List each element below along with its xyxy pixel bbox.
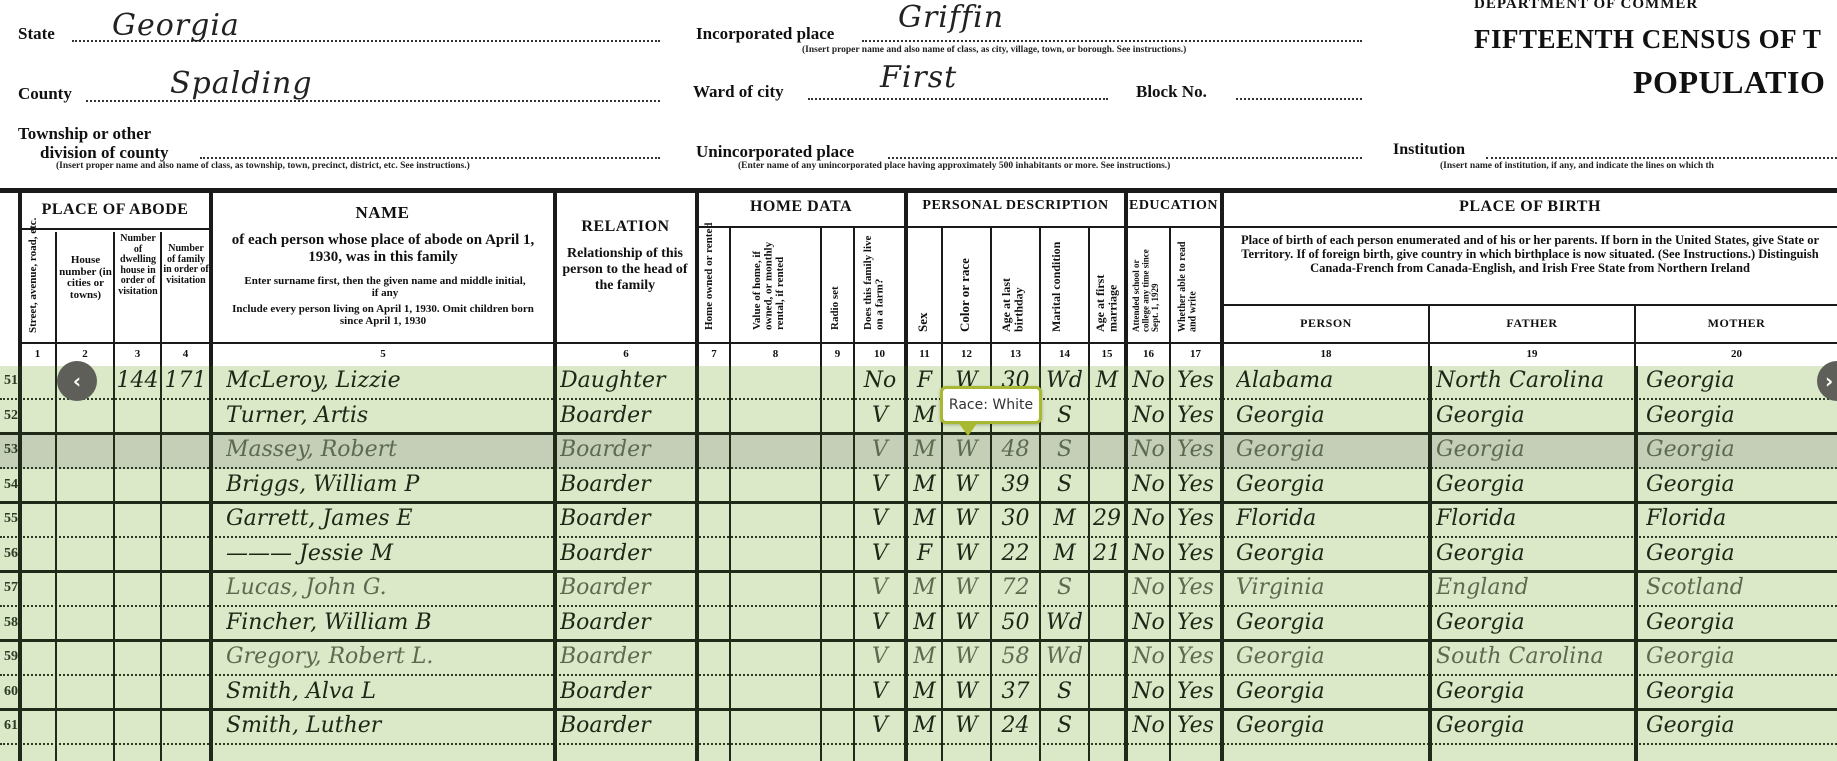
census-record-row[interactable]: 55Garrett, James EBoarderVMW30M29NoYesFl… [0, 504, 1837, 538]
col-8-header: Value of home, if owned, or monthly rent… [752, 232, 800, 330]
col-number: 16 [1128, 348, 1169, 360]
cell-birth-father[interactable]: Florida [1436, 506, 1632, 531]
cell-farm[interactable]: V [857, 713, 903, 738]
col-2-header: House number (in cities or towns) [58, 255, 113, 301]
cell-race[interactable]: W [943, 713, 990, 738]
divider [18, 366, 22, 761]
col-19-header: FATHER [1430, 316, 1634, 331]
divider [695, 190, 699, 366]
cell-marital[interactable]: Wd [1041, 368, 1088, 393]
cell-relation[interactable]: Boarder [560, 541, 694, 566]
col-number: 4 [162, 348, 209, 360]
line-number: 56 [0, 546, 18, 562]
divider [1220, 366, 1224, 761]
col-number: 12 [943, 348, 990, 360]
block-line [1236, 98, 1362, 100]
divider [1220, 190, 1224, 366]
divider [990, 366, 992, 761]
divider [904, 366, 908, 761]
cell-birth-father[interactable]: Georgia [1436, 679, 1632, 704]
cell-birth-person[interactable]: Georgia [1236, 610, 1426, 635]
cell-marital[interactable]: S [1041, 403, 1088, 428]
cell-birth-mother[interactable]: Georgia [1646, 610, 1836, 635]
ward-label: Ward of city [693, 82, 784, 102]
cell-school[interactable]: No [1128, 713, 1169, 738]
cell-age[interactable]: 22 [992, 541, 1039, 566]
col-number: 13 [992, 348, 1039, 360]
cell-sex[interactable]: F [908, 368, 941, 393]
cell-marital[interactable]: M [1041, 506, 1088, 531]
col-number: 9 [822, 348, 853, 360]
cell-school[interactable]: No [1128, 403, 1169, 428]
cell-birth-father[interactable]: Georgia [1436, 713, 1632, 738]
divider [160, 366, 162, 761]
cell-birth-mother[interactable]: Georgia [1646, 644, 1836, 669]
cell-school[interactable]: No [1128, 541, 1169, 566]
col-7-header: Home owned or rented [704, 232, 716, 330]
cell-birth-person[interactable]: Alabama [1236, 368, 1426, 393]
divider [1088, 228, 1090, 366]
divider [1124, 366, 1128, 761]
cell-read-write[interactable]: Yes [1171, 644, 1220, 669]
cell-birth-father[interactable]: North Carolina [1436, 368, 1632, 393]
cell-name[interactable]: ——— Jessie M [226, 541, 551, 566]
cell-farm[interactable]: V [857, 575, 903, 600]
cell-relation[interactable]: Boarder [560, 575, 694, 600]
cell-name[interactable]: Briggs, William P [226, 472, 551, 497]
census-record-row[interactable]: 54Briggs, William PBoarderVMW39SNoYesGeo… [0, 470, 1837, 504]
cell-relation[interactable]: Boarder [560, 679, 694, 704]
col-number: 7 [699, 348, 729, 360]
cell-relation[interactable]: Boarder [560, 713, 694, 738]
col-number: 3 [115, 348, 160, 360]
cell-farm[interactable]: V [857, 437, 903, 462]
col-16-header: Attended school or college any time sinc… [1132, 232, 1166, 332]
divider [18, 228, 211, 230]
divider [729, 366, 731, 761]
cell-read-write[interactable]: Yes [1171, 472, 1220, 497]
cell-name[interactable]: McLeroy, Lizzie [226, 368, 551, 393]
cell-birth-person[interactable]: Georgia [1236, 472, 1426, 497]
divider [853, 366, 855, 761]
col-number: 6 [557, 348, 695, 360]
cell-age[interactable]: 58 [992, 644, 1039, 669]
cell-relation[interactable]: Boarder [560, 403, 694, 428]
cell-sex[interactable]: M [908, 403, 941, 428]
state-value: Georgia [112, 8, 240, 43]
population-title: POPULATIO [1633, 64, 1825, 101]
line-number: 51 [0, 373, 18, 389]
census-record-row[interactable]: 58Fincher, William BBoarderVMW50WdNoYesG… [0, 608, 1837, 642]
unincorporated-label: Unincorporated place [696, 142, 854, 162]
divider [55, 366, 57, 761]
incorporated-label: Incorporated place [696, 24, 834, 44]
cell-farm[interactable]: No [857, 368, 903, 393]
divider [160, 232, 162, 366]
cell-read-write[interactable]: Yes [1171, 610, 1220, 635]
cell-birth-father[interactable]: England [1436, 575, 1632, 600]
census-record-row[interactable]: 52Turner, ArtisBoarderVMW30SNoYesGeorgia… [0, 401, 1837, 435]
divider [941, 228, 943, 366]
cell-sex[interactable]: M [908, 679, 941, 704]
cell-farm[interactable]: V [857, 403, 903, 428]
divider [1169, 228, 1171, 366]
cell-age[interactable]: 30 [992, 506, 1039, 531]
cell-marital[interactable]: S [1041, 679, 1088, 704]
cell-school[interactable]: No [1128, 644, 1169, 669]
incorporated-value: Griffin [898, 0, 1004, 35]
cell-read-write[interactable]: Yes [1171, 506, 1220, 531]
line-number: 61 [0, 718, 18, 734]
relation-description: Relationship of this person to the head … [560, 246, 690, 294]
cell-birth-person[interactable]: Florida [1236, 506, 1426, 531]
cell-farm[interactable]: V [857, 610, 903, 635]
name-note-1: Enter surname first, then the given name… [240, 276, 530, 299]
col-11-header: Sex [916, 300, 930, 332]
previous-record-button[interactable]: ‹ [57, 361, 97, 401]
cell-age[interactable]: 50 [992, 610, 1039, 635]
cell-school[interactable]: No [1128, 472, 1169, 497]
county-value: Spalding [170, 66, 313, 101]
divider [1169, 366, 1171, 761]
cell-race[interactable]: W [943, 541, 990, 566]
divider [55, 232, 57, 366]
cell-family[interactable]: 171 [162, 368, 209, 393]
cell-race[interactable]: W [943, 575, 990, 600]
cell-marital[interactable]: Wd [1041, 644, 1088, 669]
col-number: 5 [213, 348, 553, 360]
line-number: 52 [0, 408, 18, 424]
township-label-1: Township or other [18, 124, 151, 144]
cell-birth-person[interactable]: Georgia [1236, 541, 1426, 566]
cell-first-marriage[interactable]: 21 [1090, 541, 1124, 566]
cell-marital[interactable]: S [1041, 437, 1088, 462]
divider [1124, 190, 1128, 366]
census-record-row[interactable]: 60Smith, Alva LBoarderVMW37SNoYesGeorgia… [0, 677, 1837, 711]
cell-relation[interactable]: Boarder [560, 610, 694, 635]
group-relation: RELATION [556, 218, 695, 236]
cell-relation[interactable]: Boarder [560, 472, 694, 497]
cell-farm[interactable]: V [857, 679, 903, 704]
cell-marital[interactable]: M [1041, 541, 1088, 566]
cell-birth-mother[interactable]: Georgia [1646, 713, 1836, 738]
col-number: 15 [1090, 348, 1124, 360]
col-number: 19 [1430, 348, 1634, 360]
cell-marital[interactable]: S [1041, 472, 1088, 497]
divider [1428, 366, 1432, 761]
county-label: County [18, 84, 72, 104]
cell-sex[interactable]: M [908, 472, 941, 497]
col-number: 11 [908, 348, 941, 360]
divider [553, 366, 557, 761]
line-number: 57 [0, 580, 18, 596]
cell-marital[interactable]: S [1041, 713, 1088, 738]
divider [1220, 304, 1837, 306]
cell-sex[interactable]: M [908, 437, 941, 462]
col-number: 14 [1041, 348, 1088, 360]
cell-race[interactable]: W [943, 437, 990, 462]
cell-birth-person[interactable]: Georgia [1236, 644, 1426, 669]
cell-school[interactable]: No [1128, 610, 1169, 635]
divider [209, 366, 213, 761]
divider [113, 232, 115, 366]
col-20-header: MOTHER [1636, 316, 1837, 331]
cell-relation[interactable]: Boarder [560, 506, 694, 531]
group-education: EDUCATION [1127, 198, 1220, 214]
institution-note: (Insert name of institution, if any, and… [1440, 161, 1714, 171]
col-number: 8 [731, 348, 820, 360]
divider [113, 366, 115, 761]
divider [695, 366, 699, 761]
cell-sex[interactable]: M [908, 644, 941, 669]
col-10-header: Does this family live on a farm? [863, 232, 891, 330]
census-record-row[interactable]: 61Smith, LutherBoarderVMW24SNoYesGeorgia… [0, 711, 1837, 745]
cell-read-write[interactable]: Yes [1171, 368, 1220, 393]
cell-first-marriage[interactable]: 29 [1090, 506, 1124, 531]
tooltip-pointer [958, 422, 978, 436]
col-17-header: Whether able to read and write [1178, 232, 1208, 332]
cell-birth-father[interactable]: Georgia [1436, 541, 1632, 566]
census-record-row[interactable]: 53Massey, RobertBoarderVMW48SNoYesGeorgi… [0, 435, 1837, 469]
cell-birth-father[interactable]: Georgia [1436, 403, 1632, 428]
cell-dwelling[interactable]: 144 [115, 368, 160, 393]
cell-race[interactable]: W [943, 644, 990, 669]
cell-birth-mother[interactable]: Georgia [1646, 368, 1836, 393]
cell-read-write[interactable]: Yes [1171, 437, 1220, 462]
group-name: NAME [212, 203, 553, 223]
cell-relation[interactable]: Boarder [560, 437, 694, 462]
divider [990, 228, 992, 366]
name-note-2: Include every person living on April 1, … [228, 304, 538, 327]
cell-age[interactable]: 24 [992, 713, 1039, 738]
cell-age[interactable]: 72 [992, 575, 1039, 600]
group-personal-description: PERSONAL DESCRIPTION [907, 198, 1124, 214]
cell-farm[interactable]: V [857, 644, 903, 669]
cell-farm[interactable]: V [857, 506, 903, 531]
cell-birth-father[interactable]: Georgia [1436, 437, 1632, 462]
divider [853, 228, 855, 366]
cell-read-write[interactable]: Yes [1171, 403, 1220, 428]
township-note: (Insert proper name and also name of cla… [56, 161, 470, 171]
cell-birth-person[interactable]: Georgia [1236, 713, 1426, 738]
chevron-right-icon: › [1825, 369, 1833, 393]
cell-name[interactable]: Garrett, James E [226, 506, 551, 531]
row-separator [0, 743, 1837, 745]
cell-sex[interactable]: M [908, 575, 941, 600]
department-label: DEPARTMENT OF COMMER [1474, 0, 1698, 13]
cell-sex[interactable]: M [908, 713, 941, 738]
name-description: of each person whose place of abode on A… [218, 232, 548, 267]
cell-birth-mother[interactable]: Georgia [1646, 437, 1836, 462]
divider [904, 190, 908, 366]
cell-birth-mother[interactable]: Georgia [1646, 541, 1836, 566]
cell-birth-father[interactable]: Georgia [1436, 472, 1632, 497]
chevron-left-icon: ‹ [73, 369, 81, 393]
col-number: 10 [855, 348, 904, 360]
divider [820, 228, 822, 366]
group-home-data: HOME DATA [698, 198, 904, 216]
cell-name[interactable]: Fincher, William B [226, 610, 551, 635]
cell-marital[interactable]: S [1041, 575, 1088, 600]
block-label: Block No. [1136, 82, 1207, 102]
cell-name[interactable]: Smith, Luther [226, 713, 551, 738]
col-13-header: Age at last birthday [1000, 234, 1032, 332]
cell-birth-mother[interactable]: Georgia [1646, 679, 1836, 704]
township-label-2: division of county [40, 143, 168, 163]
divider [695, 226, 1226, 228]
ward-line [808, 98, 1108, 100]
cell-marital[interactable]: Wd [1041, 610, 1088, 635]
census-record-row[interactable]: 59Gregory, Robert L.BoarderVMW58WdNoYesG… [0, 642, 1837, 676]
divider [820, 366, 822, 761]
group-place-of-birth: PLACE OF BIRTH [1223, 198, 1837, 216]
col-9-header: Radio set [830, 270, 842, 330]
unincorporated-line [888, 157, 1362, 159]
divider [1220, 226, 1837, 228]
line-number: 60 [0, 684, 18, 700]
tooltip-text: Race: White [949, 397, 1033, 413]
cell-school[interactable]: No [1128, 506, 1169, 531]
cell-relation[interactable]: Daughter [560, 368, 694, 393]
cell-race[interactable]: W [943, 472, 990, 497]
col-number: 17 [1171, 348, 1220, 360]
institution-label: Institution [1393, 141, 1465, 159]
incorporated-line [862, 40, 1362, 42]
cell-birth-mother[interactable]: Florida [1646, 506, 1836, 531]
cell-race[interactable]: W [943, 506, 990, 531]
line-number: 55 [0, 511, 18, 527]
divider [1634, 366, 1638, 761]
cell-birth-person[interactable]: Georgia [1236, 679, 1426, 704]
cell-sex[interactable]: M [908, 506, 941, 531]
line-number: 58 [0, 615, 18, 631]
cell-birth-father[interactable]: Georgia [1436, 610, 1632, 635]
cell-race[interactable]: W [943, 679, 990, 704]
ward-value: First [880, 60, 957, 95]
cell-sex[interactable]: M [908, 610, 941, 635]
divider [1039, 366, 1041, 761]
cell-read-write[interactable]: Yes [1171, 575, 1220, 600]
col-number: 18 [1224, 348, 1428, 360]
line-number: 59 [0, 649, 18, 665]
cell-name[interactable]: Smith, Alva L [226, 679, 551, 704]
cell-birth-mother[interactable]: Georgia [1646, 472, 1836, 497]
line-number: 54 [0, 477, 18, 493]
census-record-row[interactable]: 57Lucas, John G.BoarderVMW72SNoYesVirgin… [0, 573, 1837, 607]
census-title: FIFTEENTH CENSUS OF T [1474, 24, 1821, 55]
cell-birth-person[interactable]: Georgia [1236, 403, 1426, 428]
institution-line [1486, 157, 1837, 159]
cell-read-write[interactable]: Yes [1171, 541, 1220, 566]
cell-farm[interactable]: V [857, 541, 903, 566]
col-number: 2 [57, 348, 113, 360]
col-4-header: Number of family in order of visitation [163, 244, 209, 286]
cell-farm[interactable]: V [857, 472, 903, 497]
township-line [200, 157, 660, 159]
divider [941, 366, 943, 761]
cell-name[interactable]: Turner, Artis [226, 403, 551, 428]
col-15-header: Age at first marriage [1094, 234, 1122, 332]
cell-birth-mother[interactable]: Georgia [1646, 403, 1836, 428]
race-tooltip: Race: White [940, 386, 1042, 424]
cell-school[interactable]: No [1128, 575, 1169, 600]
col-14-header: Marital condition [1050, 234, 1082, 332]
divider [1088, 366, 1090, 761]
state-label: State [18, 24, 55, 44]
cell-school[interactable]: No [1128, 368, 1169, 393]
cell-age[interactable]: 39 [992, 472, 1039, 497]
cell-sex[interactable]: F [908, 541, 941, 566]
cell-relation[interactable]: Boarder [560, 644, 694, 669]
col-18-header: PERSON [1224, 316, 1428, 331]
divider [729, 228, 731, 366]
col-number: 1 [20, 348, 55, 360]
group-place-of-abode: PLACE OF ABODE [20, 201, 210, 219]
cell-birth-father[interactable]: South Carolina [1436, 644, 1632, 669]
col-number: 20 [1636, 348, 1837, 360]
incorporated-note: (Insert proper name and also name of cla… [802, 45, 1186, 55]
cell-read-write[interactable]: Yes [1171, 679, 1220, 704]
cell-name[interactable]: Massey, Robert [226, 437, 551, 462]
divider [1039, 228, 1041, 366]
cell-birth-mother[interactable]: Scotland [1646, 575, 1836, 600]
cell-birth-person[interactable]: Georgia [1236, 437, 1426, 462]
cell-first-marriage[interactable]: M [1090, 368, 1124, 393]
cell-race[interactable]: W [943, 610, 990, 635]
cell-name[interactable]: Lucas, John G. [226, 575, 551, 600]
cell-age[interactable]: 48 [992, 437, 1039, 462]
census-record-row[interactable]: 51144171McLeroy, LizzieDaughterNoFW30WdM… [0, 366, 1837, 400]
cell-school[interactable]: No [1128, 437, 1169, 462]
table-top-border [0, 188, 1837, 193]
col-1-header: Street, avenue, road, etc. [28, 238, 40, 333]
divider [553, 190, 557, 366]
col-12-header: Color or race [958, 234, 972, 332]
cell-age[interactable]: 37 [992, 679, 1039, 704]
cell-birth-person[interactable]: Virginia [1236, 575, 1426, 600]
col-3-header: Number of dwelling house in order of vis… [116, 234, 160, 297]
line-number: 53 [0, 442, 18, 458]
divider [18, 342, 1837, 344]
cell-read-write[interactable]: Yes [1171, 713, 1220, 738]
place-of-birth-description: Place of birth of each person enumerated… [1228, 234, 1832, 275]
cell-name[interactable]: Gregory, Robert L. [226, 644, 551, 669]
cell-school[interactable]: No [1128, 679, 1169, 704]
census-record-row[interactable]: 56——— Jessie MBoarderVFW22M21NoYesGeorgi… [0, 539, 1837, 573]
unincorporated-note: (Enter name of any unincorporated place … [738, 161, 1170, 171]
